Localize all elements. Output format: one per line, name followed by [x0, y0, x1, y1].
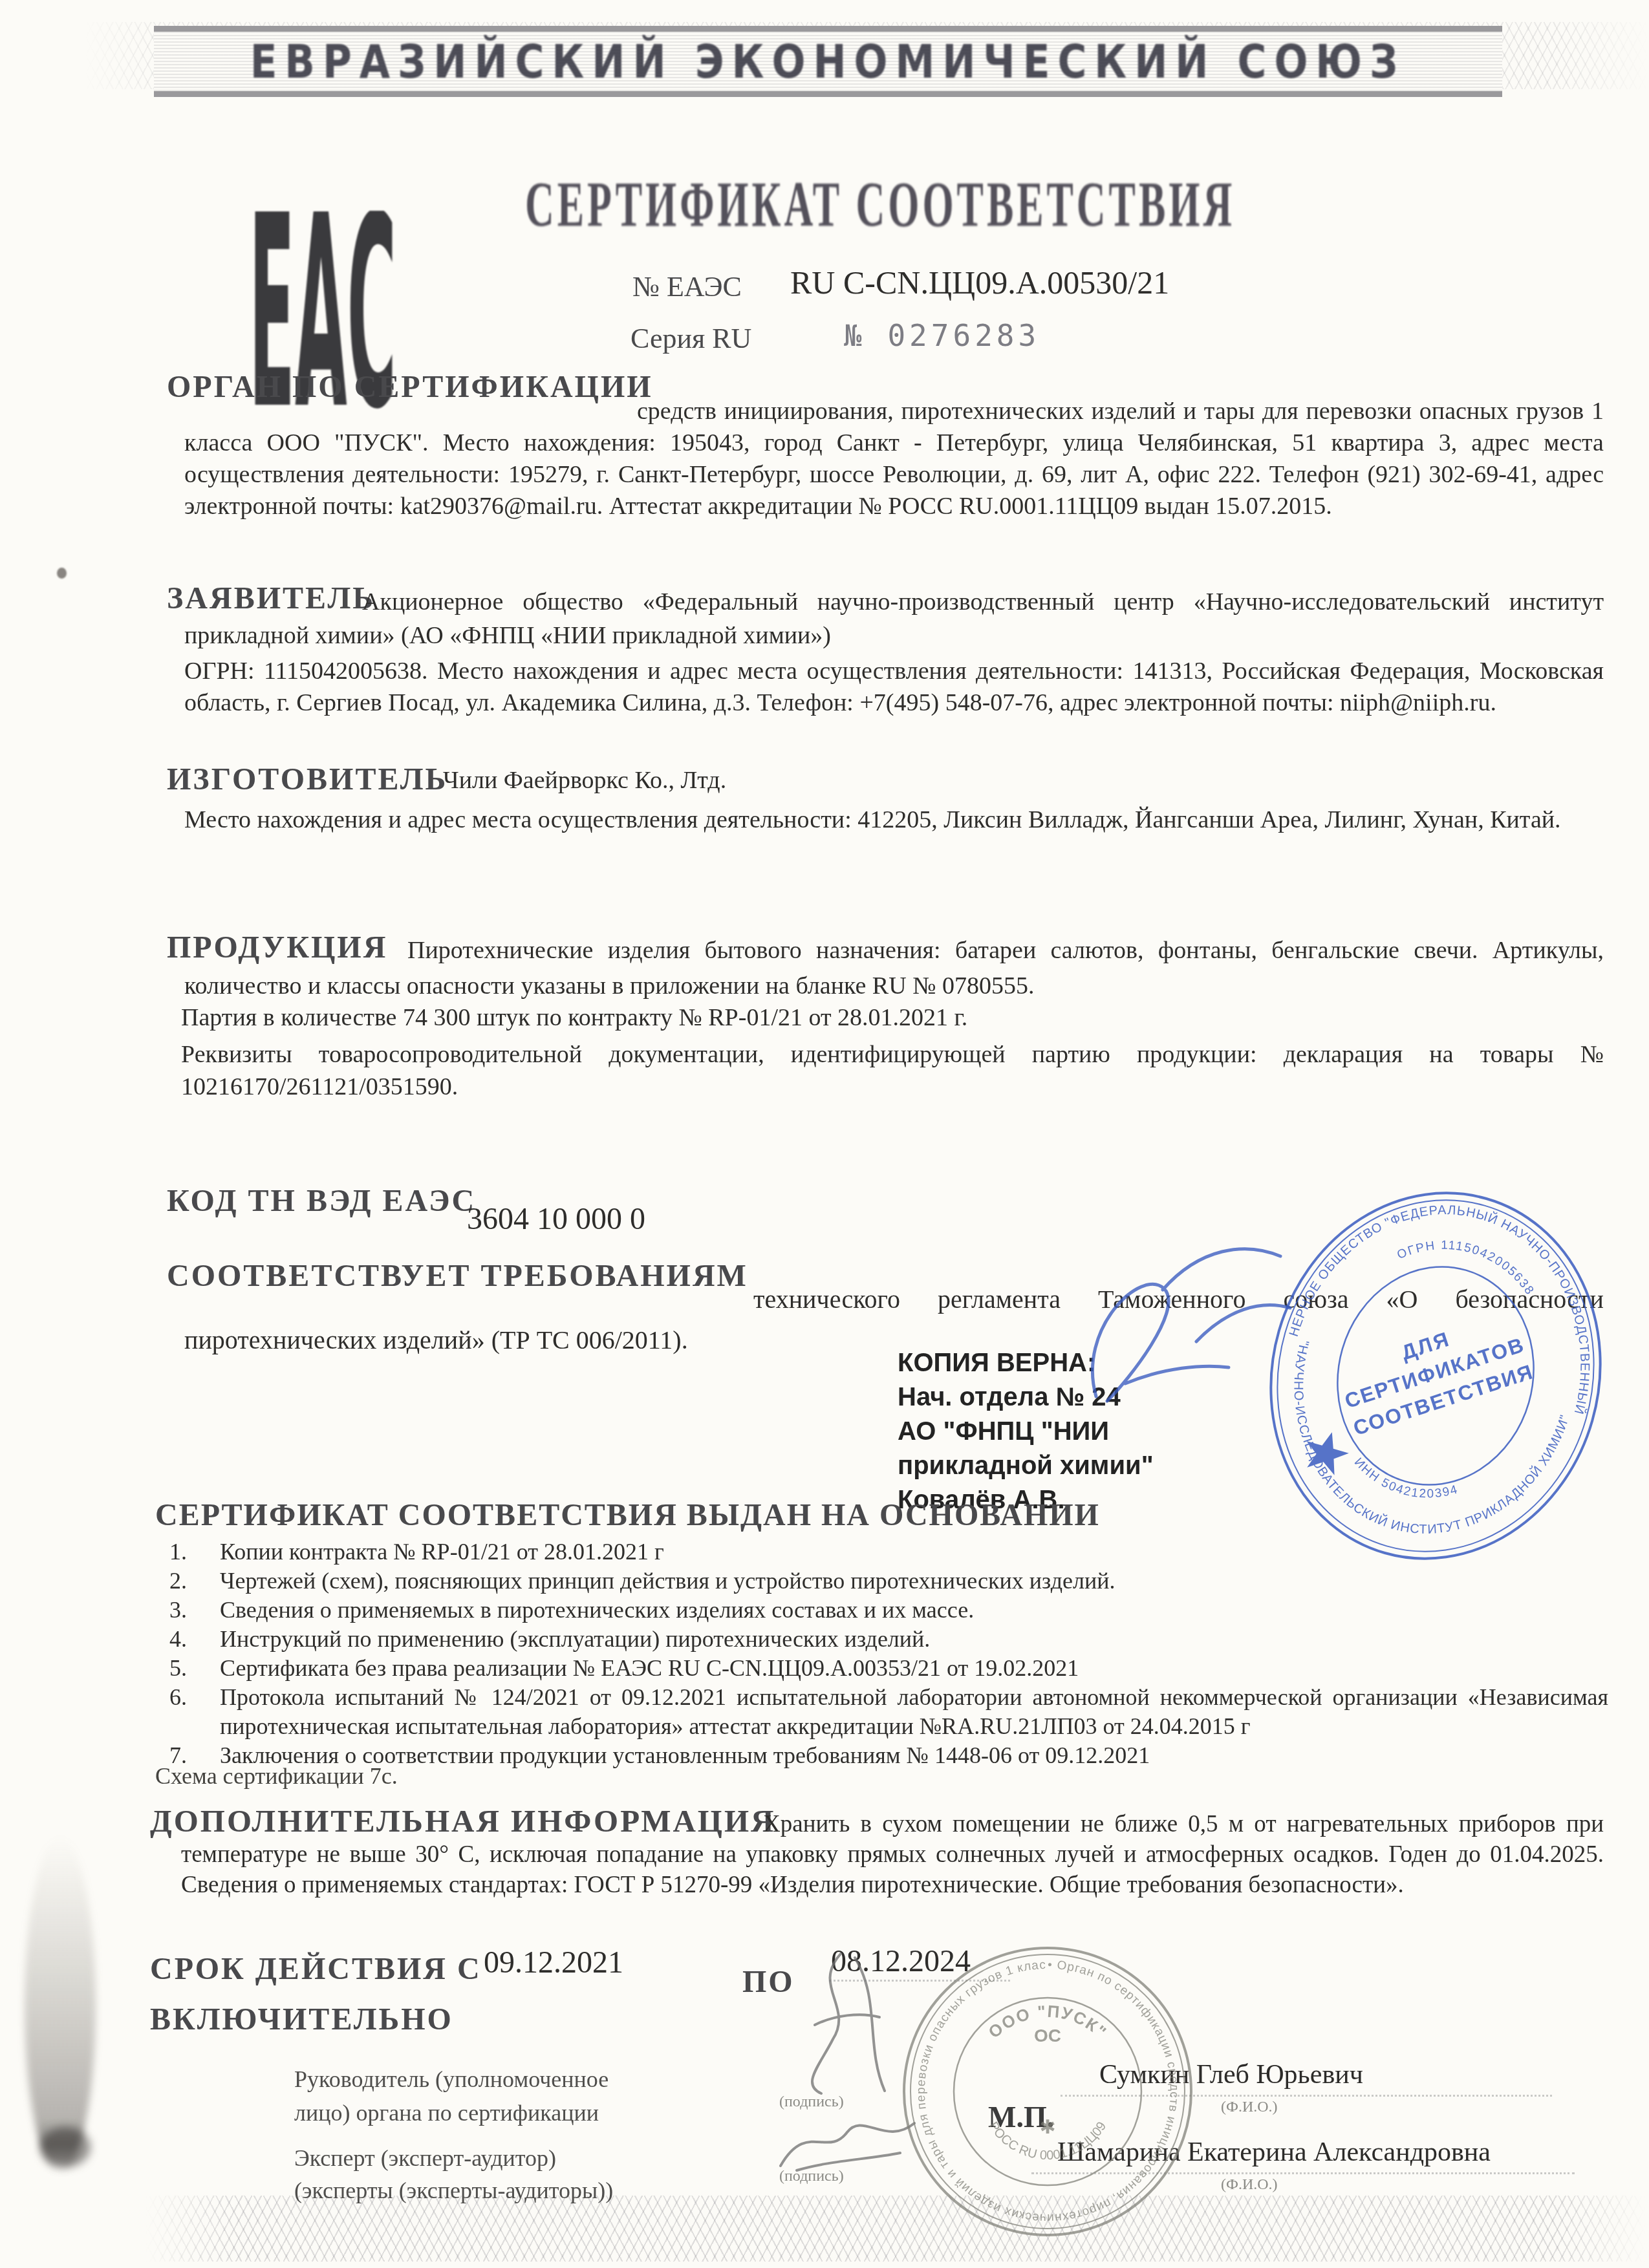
basis-item-text: Инструкций по применению (эксплуатации) … — [220, 1626, 930, 1652]
manufacturer-p1: Чили Фаейрворкс Ко., Лтд. — [184, 765, 1604, 797]
org-text: средств инициирования, пиротехнических и… — [184, 396, 1604, 522]
fio-note-1: (Ф.И.О.) — [1221, 2099, 1278, 2116]
gray-stamp-os: ОС — [1034, 2026, 1061, 2046]
basis-item-text: Чертежей (схем), поясняющих принцип дейс… — [220, 1568, 1115, 1594]
tnved-value: 3604 10 000 0 — [467, 1201, 645, 1237]
basis-item: 6. Протокола испытаний № 124/2021 от 09.… — [169, 1683, 1608, 1741]
gray-stamp-outer-text: • Орган по сертификации средств иницииро… — [896, 1940, 1181, 2225]
head-signature — [776, 1947, 899, 2106]
basis-item-num: 1. — [169, 1537, 187, 1567]
blue-stamp-outer-top: АКЦИОНЕРНОЕ ОБЩЕСТВО "ФЕДЕРАЛЬНЫЙ НАУЧНО… — [1256, 1182, 1620, 1421]
eaeu-banner-text: ЕВРАЗИЙСКИЙ ЭКОНОМИЧЕСКИЙ СОЮЗ — [250, 34, 1406, 89]
scan-dot — [57, 568, 67, 579]
document-title: СЕРТИФИКАТ СООТВЕТСТВИЯ — [525, 167, 1649, 241]
basis-list: 1. Копии контракта № RP-01/21 от 28.01.2… — [169, 1537, 1608, 1770]
basis-item: 3. Сведения о применяемых в пиротехничес… — [169, 1596, 1608, 1625]
svg-text:• Орган по сертификации средст: • Орган по сертификации средств иницииро… — [896, 1940, 1181, 2225]
scheme-note: Схема сертификации 7с. — [155, 1762, 398, 1790]
blue-stamp: АКЦИОНЕРНОЕ ОБЩЕСТВО "ФЕДЕРАЛЬНЫЙ НАУЧНО… — [1255, 1182, 1620, 1579]
basis-item-num: 2. — [169, 1567, 187, 1596]
gray-stamp-asterisk-icon: ✱ — [1039, 2117, 1055, 2138]
production-p3: Реквизиты товаросопроводительной докумен… — [181, 1038, 1604, 1103]
tnved-heading: КОД ТН ВЭД ЕАЭС — [167, 1183, 476, 1219]
basis-item-text: Сертификата без права реализации № ЕАЭС … — [220, 1655, 1079, 1681]
basis-item-text: Копии контракта № RP-01/21 от 28.01.2021… — [220, 1539, 664, 1565]
expert-label-line1: Эксперт (эксперт-аудитор) — [294, 2145, 556, 2172]
scan-smudge — [25, 1836, 96, 2172]
validity-from-date: 09.12.2021 — [484, 1945, 623, 1980]
basis-item: 4. Инструкций по применению (эксплуатаци… — [169, 1625, 1608, 1654]
basis-item-num: 5. — [169, 1654, 187, 1683]
applicant-p1: Акционерное общество «Федеральный научно… — [184, 585, 1604, 652]
svg-text:АКЦИОНЕРНОЕ ОБЩЕСТВО "ФЕДЕРАЛЬ: АКЦИОНЕРНОЕ ОБЩЕСТВО "ФЕДЕРАЛЬНЫЙ НАУЧНО… — [1256, 1182, 1620, 1421]
production-p1: Пиротехнические изделия бытового назначе… — [184, 933, 1604, 1004]
basis-item-text: Протокола испытаний № 124/2021 от 09.12.… — [220, 1684, 1608, 1739]
copy-line: прикладной химии" — [898, 1449, 1154, 1483]
validity-inclusive: ВКЛЮЧИТЕЛЬНО — [150, 2002, 453, 2037]
basis-heading: СЕРТИФИКАТ СООТВЕТСТВИЯ ВЫДАН НА ОСНОВАН… — [155, 1497, 1100, 1533]
eaeu-banner: ЕВРАЗИЙСКИЙ ЭКОНОМИЧЕСКИЙ СОЮЗ — [154, 26, 1502, 97]
expert-label-line2: (эксперты (эксперты-аудиторы)) — [294, 2177, 613, 2204]
certificate-page: ЕВРАЗИЙСКИЙ ЭКОНОМИЧЕСКИЙ СОЮЗ ЕАС СЕРТИ… — [0, 0, 1649, 2268]
head-label-line2: лицо) органа по сертификации — [294, 2099, 599, 2126]
production-p2: Партия в количестве 74 300 штук по контр… — [181, 1002, 1604, 1034]
series-label: Серия RU — [630, 322, 751, 355]
manufacturer-p2: Место нахождения и адрес места осуществл… — [184, 804, 1604, 837]
document-title-text: СЕРТИФИКАТ СООТВЕТСТВИЯ — [525, 167, 1235, 241]
basis-item: 2. Чертежей (схем), поясняющих принцип д… — [169, 1567, 1608, 1596]
cert-no-label: № ЕАЭС — [632, 270, 742, 303]
scan-blob — [40, 2127, 91, 2167]
scan-dot — [537, 669, 543, 675]
fio-note-2: (Ф.И.О.) — [1221, 2176, 1278, 2194]
series-number: № 0276283 — [844, 318, 1040, 353]
basis-item-num: 3. — [169, 1596, 187, 1625]
basis-item-num: 4. — [169, 1625, 187, 1654]
cert-no-value: RU C-CN.ЦЦ09.А.00530/21 — [790, 264, 1169, 301]
basis-item-num: 6. — [169, 1683, 187, 1712]
basis-item: 1. Копии контракта № RP-01/21 от 28.01.2… — [169, 1537, 1608, 1567]
applicant-p2: ОГРН: 1115042005638. Место нахождения и … — [184, 656, 1604, 719]
basis-item: 5. Сертификата без права реализации № ЕА… — [169, 1654, 1608, 1683]
head-label-line1: Руководитель (уполномоченное — [294, 2066, 609, 2093]
gray-stamp: • Орган по сертификации средств иницииро… — [896, 1940, 1200, 2247]
basis-item-text: Сведения о применяемых в пиротехнических… — [220, 1597, 974, 1623]
additional-text: Хранить в сухом помещении не ближе 0,5 м… — [181, 1809, 1604, 1900]
validity-from-label: СРОК ДЕЙСТВИЯ С — [150, 1951, 482, 1987]
